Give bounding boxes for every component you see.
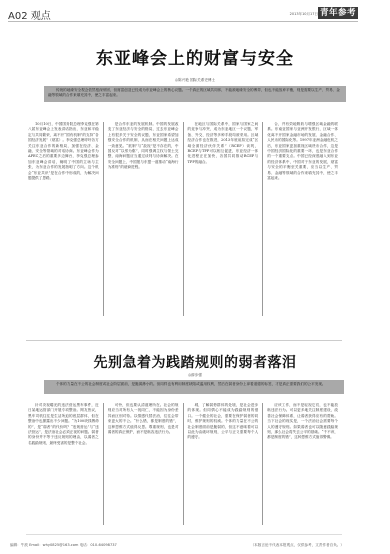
article2-title: 先别急着为践踏规则的弱者落泪 — [0, 352, 390, 372]
article1-byline: ◎陈兴艳 国际关系史博士 — [0, 78, 390, 83]
article1-lead: 传统的地缘安全观念依然根深蒂固，但财富创造已经成为东亚峰会上的核心议题。一个真正… — [44, 86, 346, 102]
paragraph: 在地区与国际关系中，国家与国家之间的竞争与冲突，成为东亚地区一个议题，军备、外交… — [188, 122, 259, 165]
article-divider — [26, 340, 342, 341]
disclaimer: （本版言论不代表本报观点，仅供参考，文责作者自负。） — [251, 543, 344, 548]
paragraph: 合，并有效地吸收与增强区域金融的联系。东南亚国家与亚洲开发银行，区域一体化离不开… — [267, 122, 338, 181]
paragraph: 城，了解弱势群体的处境，是社会进步的体现。但同情心不能成为践踏规则的借口。一个健… — [188, 403, 259, 441]
editor-contact: 编辑：牛波 Email：why0825@163.com 电话：010-64098… — [10, 543, 117, 548]
article1-title: 东亚峰会上的财富与安全 — [0, 44, 390, 69]
paragraph: 可怜，但也要认清道理所在。社会的规则应当对所有人一视同仁，不能因为身份差异而区别… — [108, 403, 179, 435]
article2-column: 可怜，但也要认清道理所在。社会的规则应当对所有人一视同仁，不能因为身份差异而区别… — [103, 403, 183, 525]
footer-divider — [26, 534, 342, 535]
paragraph: 针对央视曝光的违法营运黑车事件，近日某地运管部门开展专项整治。网友热议，黑车司机… — [28, 403, 99, 446]
article1-column: 合，并有效地吸收与增强区域金融的联系。东南亚国家与亚洲开发银行，区域一体化离不开… — [262, 122, 342, 316]
article1-body: 10月10日，中国国务院总理李克强在第八届东亚峰会上发表讲话指出，东亚和平稳定与… — [24, 122, 342, 316]
masthead: A02 观点 2013年10月17日 青年参考 — [8, 6, 358, 22]
paragraph: 是合作东亚的发展机制。中国的发展改变了东亚经济与安全的格局，过去东亚峰会上有很多… — [108, 122, 179, 171]
article2-column: 应该工作，而不是轻视它们，也不能放纵违法行为。可以更多地关注制度建设，改善社会保… — [262, 403, 342, 525]
article2-byline: ◎薛步强 — [0, 373, 390, 378]
article2-column: 城，了解弱势群体的处境，是社会进步的体现。但同情心不能成为践踏规则的借口。一个健… — [183, 403, 263, 525]
article1-column: 在地区与国际关系中，国家与国家之间的竞争与冲突，成为东亚地区一个议题，军备、外交… — [183, 122, 263, 316]
paragraph: 应该工作，而不是轻视它们，也不能放纵违法行为。可以更多地关注制度建设，改善社会保… — [267, 403, 338, 441]
paragraph: 10月10日，中国国务院总理李克强在第八届东亚峰会上发表讲话指出，东亚和平稳定与… — [28, 122, 99, 181]
article1-column: 10月10日，中国国务院总理李克强在第八届东亚峰会上发表讲话指出，东亚和平稳定与… — [24, 122, 103, 316]
newspaper-logo: 青年参考 — [318, 7, 358, 19]
section-label: A02 观点 — [8, 7, 51, 22]
article1-column: 是合作东亚的发展机制。中国的发展改变了东亚经济与安全的格局，过去东亚峰会上有很多… — [103, 122, 183, 316]
article2-column: 针对央视曝光的违法营运黑车事件，近日某地运管部门开展专项整治。网友热议，黑车司机… — [24, 403, 103, 525]
article2-lead: 个体的力量在不公的社会制度或社会阶层面前，是脆弱渺小的。但同样也有利用制度缺陷或… — [44, 380, 344, 394]
issue-date: 2013年10月17日 — [290, 12, 318, 17]
article2-body: 针对央视曝光的违法营运黑车事件，近日某地运管部门开展专项整治。网友热议，黑车司机… — [24, 403, 342, 525]
